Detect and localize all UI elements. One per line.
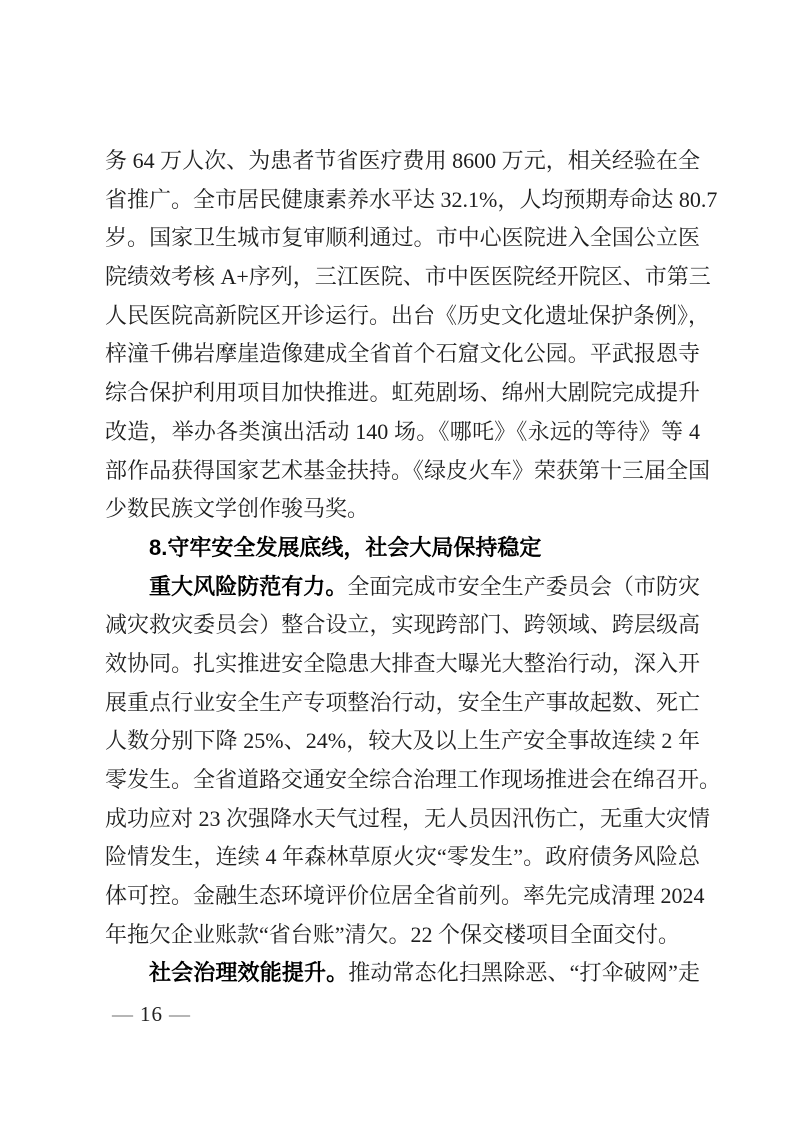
- footer-right-dash: —: [163, 1002, 197, 1026]
- text-line: 岁。国家卫生城市复审顺利通过。市中心医院进入全国公立医: [105, 219, 700, 258]
- footer-left-dash: —: [106, 1002, 140, 1026]
- text-line: 成功应对 23 次强降水天气过程，无人员因汛伤亡，无重大灾情: [105, 800, 700, 839]
- text-line: 减灾救灾委员会）整合设立，实现跨部门、跨领域、跨层级高: [105, 606, 700, 645]
- text-line: 险情发生，连续 4 年森林草原火灾“零发生”。政府债务风险总: [105, 838, 700, 877]
- text-line: 人数分别下降 25%、24%，较大及以上生产安全事故连续 2 年: [105, 722, 700, 761]
- text-line: 部作品获得国家艺术基金扶持。《绿皮火车》荣获第十三届全国: [105, 452, 700, 491]
- text-line: 院绩效考核 A+序列，三江医院、市中医医院经开院区、市第三: [105, 258, 700, 297]
- text-line: 梓潼千佛岩摩崖造像建成全省首个石窟文化公园。平武报恩寺: [105, 335, 700, 374]
- text-line: 省推广。全市居民健康素养水平达 32.1%，人均预期寿命达 80.7: [105, 181, 700, 220]
- text-line: 综合保护利用项目加快推进。虹苑剧场、绵州大剧院完成提升: [105, 374, 700, 413]
- text-line: 体可控。金融生态环境评价位居全省前列。率先完成清理 2024: [105, 877, 700, 916]
- text-line: 少数民族文学创作骏马奖。: [105, 490, 700, 529]
- text-line: 人民医院高新院区开诊运行。出台《历史文化遗址保护条例》，: [105, 297, 700, 336]
- document-page: 务 64 万人次、为患者节省医疗费用 8600 万元，相关经验在全省推广。全市居…: [0, 0, 793, 1122]
- text-line: 改造，举办各类演出活动 140 场。《哪吒》《永远的等待》等 4: [105, 413, 700, 452]
- text-line: 重大风险防范有力。全面完成市安全生产委员会（市防灾: [105, 568, 700, 607]
- text-line: 社会治理效能提升。推动常态化扫黑除恶、“打伞破网”走: [105, 954, 700, 993]
- page-footer: —16—: [106, 1000, 197, 1028]
- body-text: 务 64 万人次、为患者节省医疗费用 8600 万元，相关经验在全省推广。全市居…: [105, 142, 700, 993]
- text-line: 零发生。全省道路交通安全综合治理工作现场推进会在绵召开。: [105, 761, 700, 800]
- paragraph-bold-lead: 重大风险防范有力。: [149, 574, 347, 599]
- section-heading: 8.守牢安全发展底线，社会大局保持稳定: [105, 529, 700, 568]
- text-line: 效协同。扎实推进安全隐患大排查大曝光大整治行动，深入开: [105, 645, 700, 684]
- text-line: 展重点行业安全生产专项整治行动，安全生产事故起数、死亡: [105, 684, 700, 723]
- paragraph-bold-lead: 社会治理效能提升。: [149, 960, 348, 985]
- page-number: 16: [140, 1002, 163, 1026]
- text-line: 务 64 万人次、为患者节省医疗费用 8600 万元，相关经验在全: [105, 142, 700, 181]
- text-line: 年拖欠企业账款“省台账”清欠。22 个保交楼项目全面交付。: [105, 916, 700, 955]
